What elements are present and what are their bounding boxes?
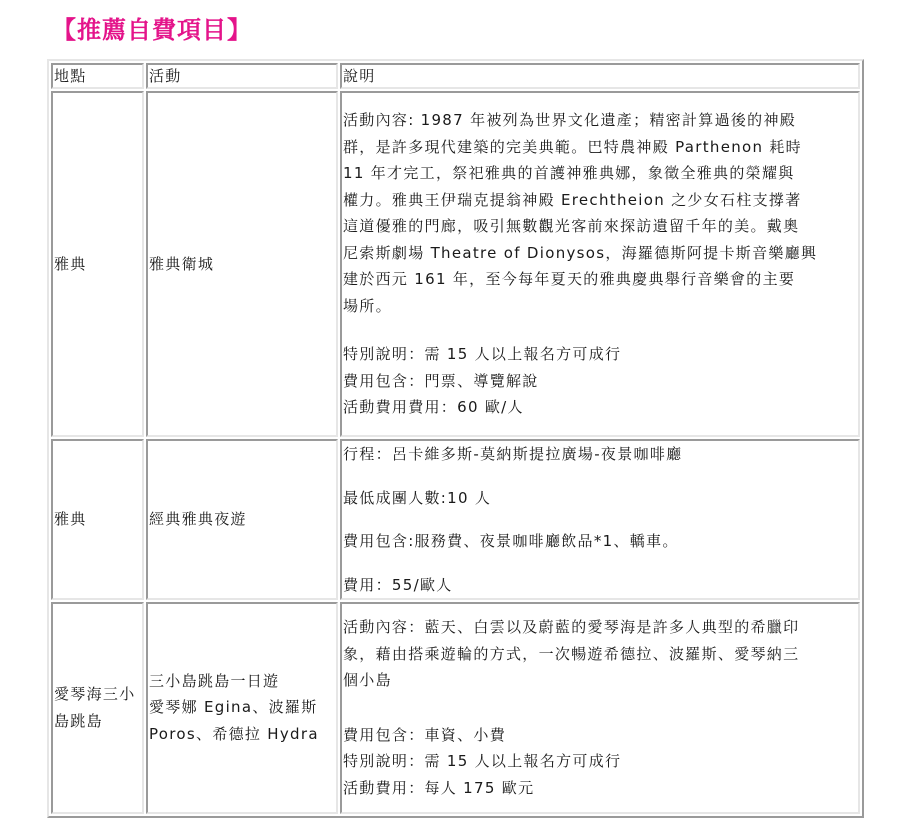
table-row: 愛琴海三小島跳島 三小島跳島一日遊 愛琴娜 Egina、波羅斯 Poros、希德… [51, 602, 860, 814]
location-cell: 愛琴海三小島跳島 [51, 602, 144, 814]
description-line: 權力。雅典王伊瑞克提翁神殿 Erechtheion 之少女石柱支撐著 [343, 187, 857, 214]
table-row: 雅典 經典雅典夜遊 行程：呂卡維多斯-莫納斯提拉廣場-夜景咖啡廳 最低成團人數:… [51, 439, 860, 600]
description-line: 活動內容: 1987 年被列為世界文化遺產；精密計算過後的神殿 [343, 107, 857, 134]
activity-cell: 三小島跳島一日遊 愛琴娜 Egina、波羅斯 Poros、希德拉 Hydra [146, 602, 338, 814]
header-location: 地點 [51, 63, 144, 89]
description-line: 11 年才完工，祭祀雅典的首護神雅典娜，象徵全雅典的榮耀與 [343, 160, 857, 187]
description-line: 這道優雅的門廊，吸引無數觀光客前來探訪遺留千年的美。戴奧 [343, 213, 857, 240]
description-cell: 活動內容: 1987 年被列為世界文化遺產；精密計算過後的神殿 群，是許多現代建… [340, 91, 860, 437]
table-row: 雅典 雅典衛城 活動內容: 1987 年被列為世界文化遺產；精密計算過後的神殿 … [51, 91, 860, 437]
activity-line: Poros、希德拉 Hydra [149, 721, 335, 748]
description-line: 象，藉由搭乘遊輪的方式，一次暢遊希德拉、波羅斯、愛琴納三 [343, 641, 857, 668]
header-description: 說明 [340, 63, 860, 89]
activity-price: 活動費用：每人 175 歐元 [343, 775, 857, 802]
activity-cell: 雅典衛城 [146, 91, 338, 437]
spacer [343, 319, 857, 341]
description-line: 建於西元 161 年，至今每年夏天的雅典慶典舉行音樂會的主要 [343, 266, 857, 293]
route: 行程：呂卡維多斯-莫納斯提拉廣場-夜景咖啡廳 [343, 441, 857, 467]
activity-line: 愛琴娜 Egina、波羅斯 [149, 694, 335, 721]
fee-includes: 費用包含:服務費、夜景咖啡廳飲品*1、轎車。 [343, 528, 857, 554]
description-line: 活動內容：藍天、白雲以及蔚藍的愛琴海是許多人典型的希臘印 [343, 614, 857, 641]
optional-tours-table-wrapper: 地點 活動 說明 雅典 雅典衛城 活動內容: 1987 年被列為世界文化遺產；精… [47, 59, 864, 818]
location-cell: 雅典 [51, 439, 144, 600]
min-group-size: 最低成團人數:10 人 [343, 485, 857, 511]
activity-cell: 經典雅典夜遊 [146, 439, 338, 600]
activity-price: 活動費用費用：60 歐/人 [343, 394, 857, 421]
fee-includes: 費用包含：門票、導覽解說 [343, 368, 857, 395]
description-line: 個小島 [343, 667, 857, 694]
fee-includes: 費用包含：車資、小費 [343, 722, 857, 749]
description-cell: 活動內容：藍天、白雲以及蔚藍的愛琴海是許多人典型的希臘印 象，藉由搭乘遊輪的方式… [340, 602, 860, 814]
activity-price: 費用：55/歐人 [343, 572, 857, 598]
header-activity: 活動 [146, 63, 338, 89]
page-title: 【推薦自費項目】 [52, 14, 252, 46]
special-note: 特別說明：需 15 人以上報名方可成行 [343, 341, 857, 368]
optional-tours-table: 地點 活動 說明 雅典 雅典衛城 活動內容: 1987 年被列為世界文化遺產；精… [47, 59, 864, 818]
description-line: 場所。 [343, 293, 857, 320]
description-line: 群，是許多現代建築的完美典範。巴特農神殿 Parthenon 耗時 [343, 134, 857, 161]
description-cell: 行程：呂卡維多斯-莫納斯提拉廣場-夜景咖啡廳 最低成團人數:10 人 費用包含:… [340, 439, 860, 600]
activity-line: 三小島跳島一日遊 [149, 668, 335, 695]
spacer [343, 694, 857, 722]
special-note: 特別說明：需 15 人以上報名方可成行 [343, 748, 857, 775]
description-line: 尼索斯劇場 Theatre of Dionysos，海羅德斯阿提卡斯音樂廳興 [343, 240, 857, 267]
location-cell: 雅典 [51, 91, 144, 437]
table-header-row: 地點 活動 說明 [51, 63, 860, 89]
